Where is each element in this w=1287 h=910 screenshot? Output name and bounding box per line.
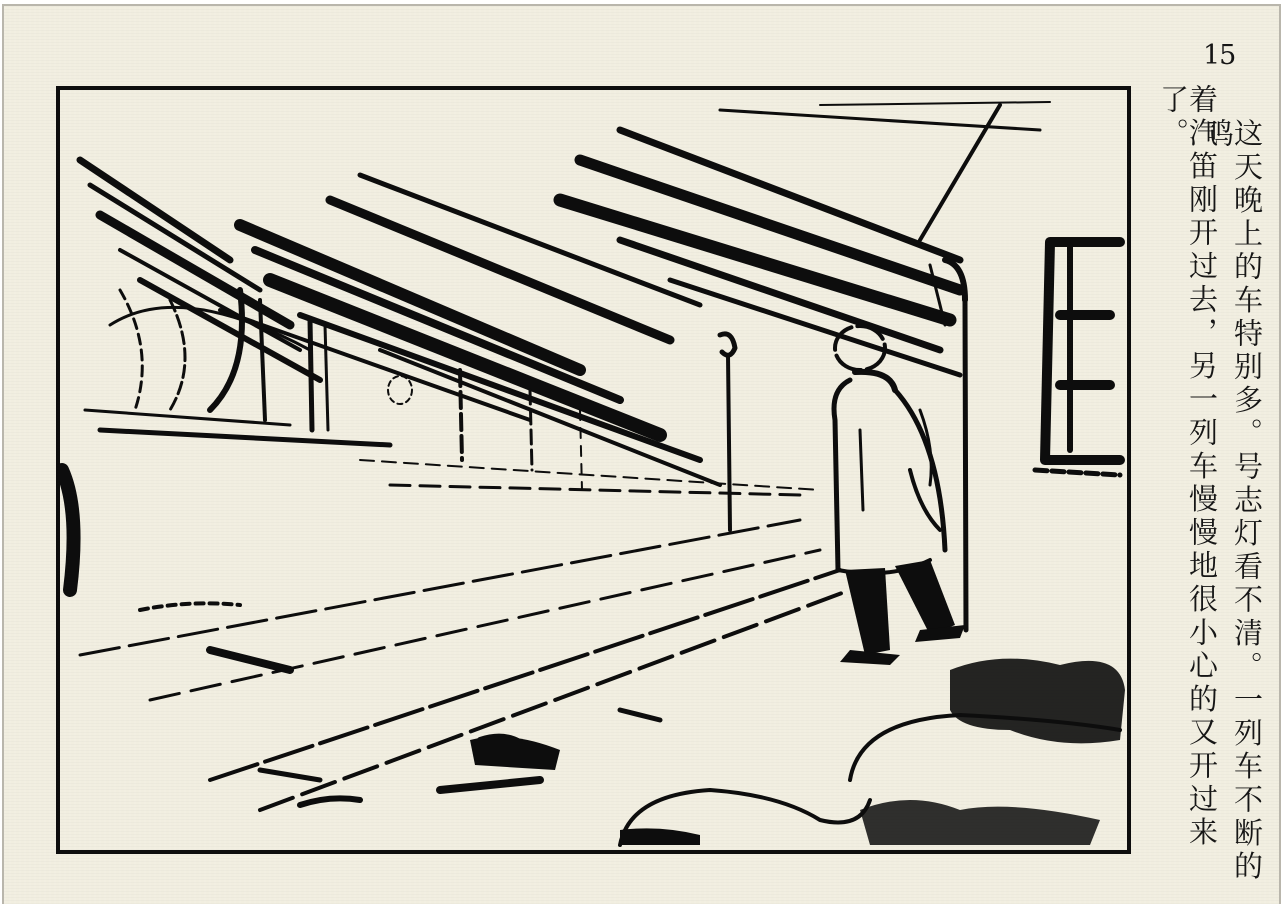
railway-tracks xyxy=(80,520,850,810)
roof-left xyxy=(80,160,320,380)
caption-column-2: 着汽笛刚开过去，另一列车慢慢地很小心的又开过来了。 xyxy=(1158,84,1216,910)
station-scene-drawing xyxy=(60,90,1127,850)
page-number: 15 xyxy=(1203,40,1235,71)
station-sign xyxy=(1035,242,1120,475)
ground-marks xyxy=(140,603,660,790)
man-legs xyxy=(840,560,965,665)
roof-right xyxy=(560,102,1050,375)
signal-post xyxy=(720,334,735,530)
illustration-panel xyxy=(56,86,1131,854)
bushes xyxy=(470,659,1125,845)
